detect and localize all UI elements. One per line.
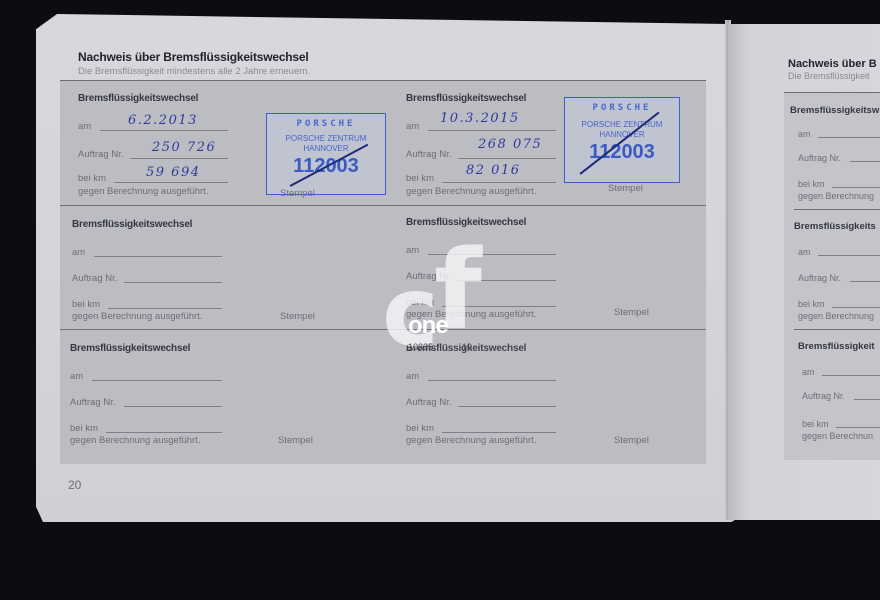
stamp-label: Stempel: [614, 307, 649, 318]
entry-heading: Bremsflüssigkeitswechsel: [70, 343, 190, 354]
entry-note: gegen Berechnung ausgeführt.: [406, 186, 536, 197]
order-label: Auftrag Nr.: [78, 149, 123, 160]
entry-note: gegen Berechnung: [798, 311, 874, 321]
km-label: bei km: [798, 299, 825, 309]
entry-heading: Bremsflüssigkeitswechsel: [406, 93, 526, 104]
entry-heading: Bremsflüssigkeitswechsel: [72, 219, 192, 230]
entry-note: gegen Berechnun: [802, 431, 873, 441]
entry-heading: Bremsflüssigkeitsw: [790, 105, 879, 116]
km-field: bei km: [798, 179, 880, 189]
watermark-logo: c f one 10835 10: [378, 240, 508, 360]
order-value: 250 726: [152, 140, 216, 155]
km-label: bei km: [70, 423, 98, 434]
date-label: am: [78, 121, 91, 132]
date-value: 6.2.2013: [128, 113, 198, 128]
entry-3: Bremsflüssigkeitswechsel am Auftrag Nr. …: [62, 207, 382, 331]
km-label: bei km: [798, 179, 825, 189]
row-divider: [794, 209, 880, 210]
entry-2: Bremsflüssigkeitswechsel am 10.3.2015 Au…: [396, 81, 716, 205]
order-field: Auftrag Nr.: [406, 397, 556, 408]
km-label: bei km: [802, 419, 829, 429]
order-label: Auftrag Nr.: [70, 397, 115, 408]
km-field: bei km: [798, 299, 880, 309]
stamp-city: HANNOVER: [267, 144, 385, 154]
km-label: bei km: [406, 423, 434, 434]
stamp-org: PORSCHE ZENTRUM: [565, 120, 679, 130]
page-title: Nachweis über Bremsflüssigkeitswechsel: [78, 50, 310, 64]
stamp-label: Stempel: [278, 435, 313, 446]
order-label: Auftrag Nr.: [798, 153, 841, 163]
right-page-subtitle: Die Bremsflüssigkeit: [788, 71, 877, 81]
stamp-number: 112003: [565, 141, 679, 164]
date-label: am: [406, 371, 419, 382]
date-label: am: [802, 367, 815, 377]
km-label: bei km: [78, 173, 106, 184]
entry-heading: Bremsflüssigkeits: [794, 221, 876, 232]
stamp-label: Stempel: [280, 188, 315, 199]
watermark-word: one: [408, 312, 448, 340]
order-label: Auftrag Nr.: [406, 397, 451, 408]
order-field: Auftrag Nr.: [798, 153, 880, 163]
right-page-title: Nachweis über B: [788, 58, 877, 70]
entry-note: gegen Berechnung ausgeführt.: [406, 435, 536, 446]
stamp-label: Stempel: [608, 183, 643, 194]
date-field: am: [72, 247, 222, 258]
km-field: bei km: [70, 423, 222, 434]
order-label: Auftrag Nr.: [72, 273, 117, 284]
order-label: Auftrag Nr.: [802, 391, 845, 401]
date-label: am: [798, 247, 811, 257]
km-label: bei km: [72, 299, 100, 310]
date-field: am: [802, 367, 880, 377]
date-label: am: [406, 121, 419, 132]
km-value: 82 016: [466, 163, 521, 178]
right-page-header: Nachweis über B Die Bremsflüssigkeit: [788, 58, 877, 81]
page-number: 20: [68, 478, 81, 492]
km-label: bei km: [406, 173, 434, 184]
entry-note: gegen Berechnung ausgeführt.: [78, 186, 208, 197]
stamp-brand: PORSCHE: [267, 119, 385, 129]
date-field: am: [798, 129, 880, 139]
date-label: am: [70, 371, 83, 382]
page-subtitle: Die Bremsflüssigkeit mindestens alle 2 J…: [78, 66, 310, 77]
km-field: bei km: [802, 419, 880, 429]
order-field: Auftrag Nr.: [802, 391, 880, 401]
right-page-form: Bremsflüssigkeitsw am Auftrag Nr. bei km…: [784, 92, 880, 460]
dealer-stamp: PORSCHE PORSCHE ZENTRUM HANNOVER 112003: [266, 113, 386, 195]
stamp-label: Stempel: [280, 311, 315, 322]
watermark-id-suffix: 10: [462, 342, 472, 352]
km-value: 59 694: [146, 165, 201, 180]
date-field: am: [406, 371, 556, 382]
date-label: am: [72, 247, 85, 258]
entry-note: gegen Berechnung: [798, 191, 874, 201]
order-label: Auftrag Nr.: [406, 149, 451, 160]
watermark-id: 10835: [408, 342, 433, 352]
entry-1: Bremsflüssigkeitswechsel am 6.2.2013 Auf…: [68, 81, 388, 205]
order-field: Auftrag Nr.: [72, 273, 222, 284]
km-field: bei km: [72, 299, 222, 310]
order-field: Auftrag Nr.: [70, 397, 222, 408]
order-label: Auftrag Nr.: [798, 273, 841, 283]
row-divider: [794, 329, 880, 330]
entry-note: gegen Berechnung ausgeführt.: [72, 311, 202, 322]
entry-heading: Bremsflüssigkeit: [798, 341, 875, 352]
km-field: bei km: [406, 423, 556, 434]
stamp-label: Stempel: [614, 435, 649, 446]
stamp-brand: PORSCHE: [565, 103, 679, 113]
entry-note: gegen Berechnung ausgeführt.: [70, 435, 200, 446]
date-label: am: [798, 129, 811, 139]
entry-heading: Bremsflüssigkeitswechsel: [78, 93, 198, 104]
entry-5: Bremsflüssigkeitswechsel am Auftrag Nr. …: [60, 331, 380, 455]
page-header: Nachweis über Bremsflüssigkeitswechsel D…: [78, 50, 310, 77]
order-field: Auftrag Nr.: [798, 273, 880, 283]
stamp-org: PORSCHE ZENTRUM: [267, 134, 385, 144]
date-field: am: [798, 247, 880, 257]
date-value: 10.3.2015: [440, 111, 520, 126]
order-value: 268 075: [478, 137, 542, 152]
date-field: am: [70, 371, 222, 382]
